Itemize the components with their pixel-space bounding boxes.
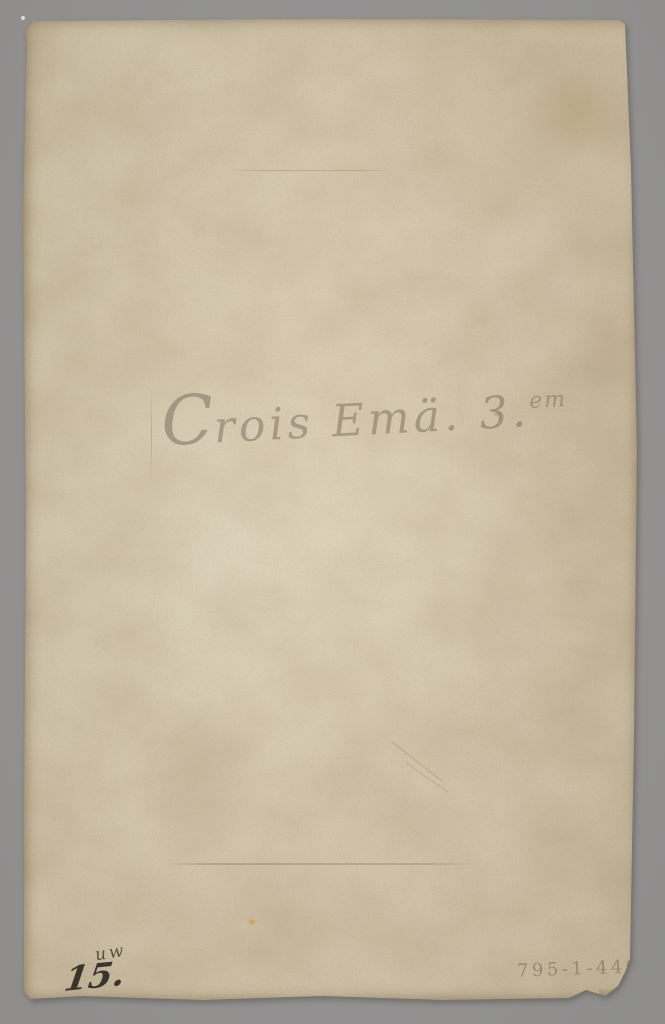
foxing-stain: [523, 69, 643, 159]
impression-line-top: [228, 170, 393, 171]
photograph-backdrop: Crois Emä. 3.em uw 15. 795-1-4463-: [0, 0, 665, 1024]
paper-sheet-verso: Crois Emä. 3.em uw 15. 795-1-4463-: [23, 19, 638, 1002]
paper-texture: [23, 19, 638, 1002]
collector-number: 15.: [62, 954, 128, 1000]
paper-sheet-wrapper: Crois Emä. 3.em uw 15. 795-1-4463-: [23, 19, 638, 1002]
accession-number: 795-1-4463-: [517, 955, 665, 981]
impression-line-vertical: [151, 387, 152, 482]
impression-line-bottom: [165, 863, 475, 865]
faint-handwritten-inscription: Crois Emä. 3.em: [159, 359, 632, 462]
toning-patch: [118, 719, 278, 839]
yellow-fleck: [248, 918, 256, 926]
inscription-main-text: Crois Emä. 3.: [160, 386, 531, 456]
inscription-superscript: em: [528, 387, 567, 414]
crease-mark: [391, 741, 442, 781]
crease-mark: [405, 762, 448, 793]
collector-number-mark: uw 15.: [63, 949, 173, 1004]
